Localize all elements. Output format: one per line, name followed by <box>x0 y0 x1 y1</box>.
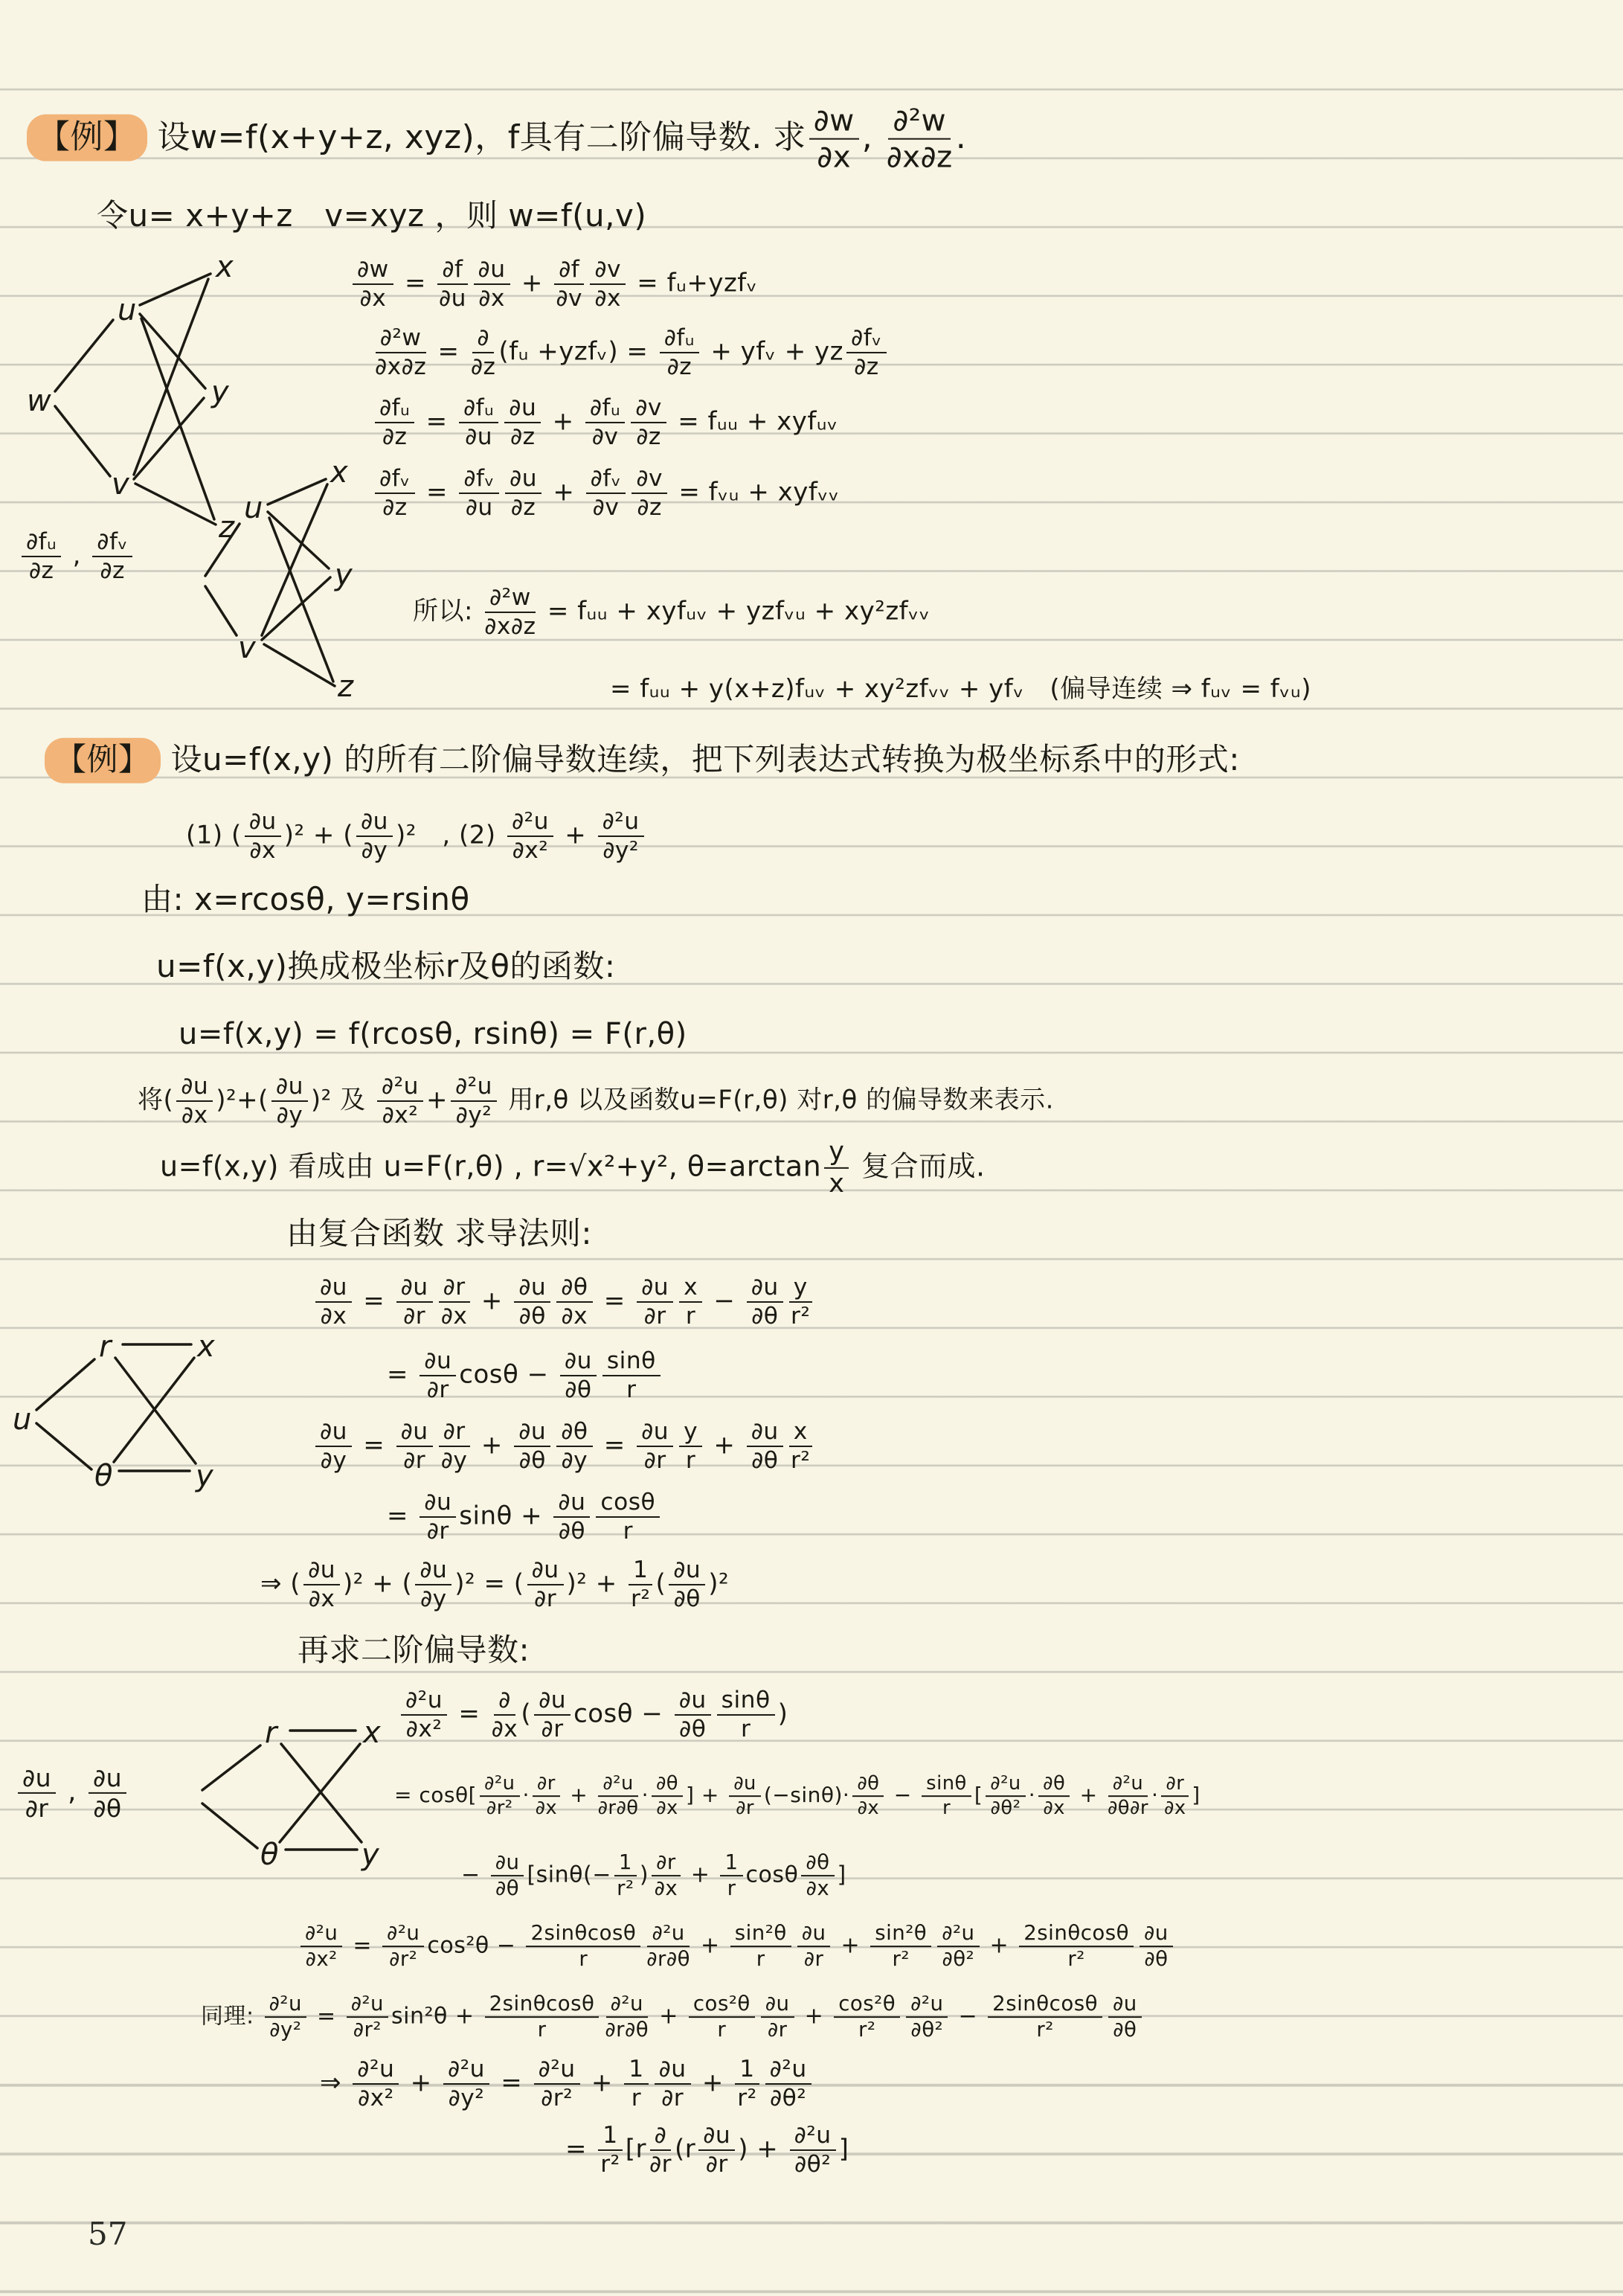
note-line-11: 由: x=rcosθ, y=rsinθ <box>141 880 470 920</box>
note-line-15: u=f(x,y) 看成由 u=F(r,θ) , r=√x²+y², θ=arct… <box>160 1138 986 1199</box>
node-r: r <box>99 1330 113 1364</box>
node-x: x <box>329 455 348 490</box>
note-line-21: ⇒ (∂u∂x)² + (∂u∂y)² = (∂u∂r)² + 1r²(∂u∂θ… <box>260 1557 729 1612</box>
node-u: u <box>13 1402 31 1437</box>
note-line-0: 【例】设w=f(x+y+z, xyz)，f具有二阶偏导数. 求∂w∂x, ∂²w… <box>27 104 966 175</box>
example-tag: 【例】 <box>45 738 161 783</box>
note-line-19: ∂u∂y = ∂u∂r∂r∂y + ∂u∂θ∂θ∂y = ∂u∂ryr + ∂u… <box>312 1419 815 1474</box>
dependency-tree-uv-xyz: u v x y z <box>195 451 366 696</box>
note-line-30: = 1r²[r∂∂r(r∂u∂r) + ∂²u∂θ²] <box>565 2123 849 2178</box>
note-line-7: 所以: ∂²w∂x∂z = fᵤᵤ + xyfᵤᵥ + yzfᵥᵤ + xy²z… <box>413 585 931 640</box>
dependency-tree-rtheta-xy: r θ x y <box>193 1702 402 1881</box>
note-line-8: = fᵤᵤ + y(x+z)fᵤᵥ + xy²zfᵥᵥ + yfᵥ (偏导连续 … <box>610 673 1311 705</box>
note-line-10: (1) (∂u∂x)² + (∂u∂y)² , (2) ∂²u∂x² + ∂²u… <box>186 809 647 864</box>
note-line-12: u=f(x,y)换成极坐标r及θ的函数: <box>156 947 616 987</box>
node-u: u <box>244 491 263 525</box>
node-theta: θ <box>260 1838 278 1872</box>
node-x: x <box>361 1716 381 1750</box>
note-line-13: u=f(x,y) = f(rcosθ, rsinθ) = F(r,θ) <box>179 1016 687 1053</box>
note-line-25: = cosθ[∂²u∂r²·∂r∂x + ∂²u∂r∂θ·∂θ∂x] + ∂u∂… <box>394 1773 1201 1819</box>
node-y: y <box>210 375 230 409</box>
node-y: y <box>334 558 353 592</box>
note-line-14: 将(∂u∂x)²+(∂u∂y)² 及 ∂²u∂x²+∂²u∂y² 用r,θ 以及… <box>138 1074 1054 1129</box>
node-x: x <box>214 250 234 284</box>
node-v: v <box>238 631 257 665</box>
note-line-23: ∂²u∂x² = ∂∂x(∂u∂rcosθ − ∂u∂θsinθr) <box>398 1687 788 1742</box>
note-line-24: ∂u∂r , ∂u∂θ <box>15 1764 129 1822</box>
note-line-1: 令u= x+y+z v=xyz ，则 w=f(u,v) <box>97 196 646 236</box>
dependency-tree-u-rtheta-xy: u r θ x y <box>11 1313 227 1507</box>
node-w: w <box>27 384 51 418</box>
node-y: y <box>195 1459 214 1493</box>
node-r: r <box>265 1716 279 1750</box>
note-line-17: ∂u∂x = ∂u∂r∂r∂x + ∂u∂θ∂θ∂x = ∂u∂rxr − ∂u… <box>312 1274 815 1330</box>
example-tag: 【例】 <box>27 115 147 161</box>
note-line-4: ∂fᵤ∂z = ∂fᵤ∂u∂u∂z + ∂fᵤ∂v∂v∂z = fᵤᵤ + xy… <box>372 395 838 450</box>
note-line-18: = ∂u∂rcosθ − ∂u∂θsinθr <box>387 1348 663 1403</box>
note-line-20: = ∂u∂rsinθ + ∂u∂θcosθr <box>387 1489 663 1545</box>
node-y: y <box>361 1838 380 1872</box>
node-u: u <box>118 293 136 327</box>
note-line-22: 再求二阶偏导数: <box>298 1631 530 1670</box>
note-line-9: 【例】设u=f(x,y) 的所有二阶偏导数连续，把下列表达式转换为极坐标系中的形… <box>45 738 1240 783</box>
note-line-3: ∂²w∂x∂z = ∂∂z(fᵤ +yzfᵥ) = ∂fᵤ∂z + yfᵥ + … <box>372 325 890 380</box>
page-number: 57 <box>88 2216 127 2252</box>
node-z: z <box>337 670 354 696</box>
note-line-27: ∂²u∂x² = ∂²u∂r²cos²θ − 2sinθcosθr∂²u∂r∂θ… <box>298 1922 1176 1971</box>
node-theta: θ <box>94 1459 112 1493</box>
note-line-26: − ∂u∂θ[sinθ(−1r²)∂r∂x + 1rcosθ∂θ∂x] <box>461 1851 846 1900</box>
note-line-29: ⇒ ∂²u∂x² + ∂²u∂y² = ∂²u∂r² + 1r∂u∂r + 1r… <box>320 2056 814 2111</box>
note-line-28: 同理: ∂²u∂y² = ∂²u∂r²sin²θ + 2sinθcosθr∂²u… <box>201 1992 1145 2042</box>
note-line-2: ∂w∂x = ∂f∂u∂u∂x + ∂f∂v∂v∂x = fᵤ+yzfᵥ <box>350 257 757 312</box>
note-line-5: ∂fᵥ∂z = ∂fᵥ∂u∂u∂z + ∂fᵥ∂v∂v∂z = fᵥᵤ + xy… <box>372 466 840 521</box>
node-x: x <box>196 1330 215 1364</box>
node-v: v <box>112 467 130 501</box>
note-line-16: 由复合函数 求导法则: <box>286 1214 592 1254</box>
